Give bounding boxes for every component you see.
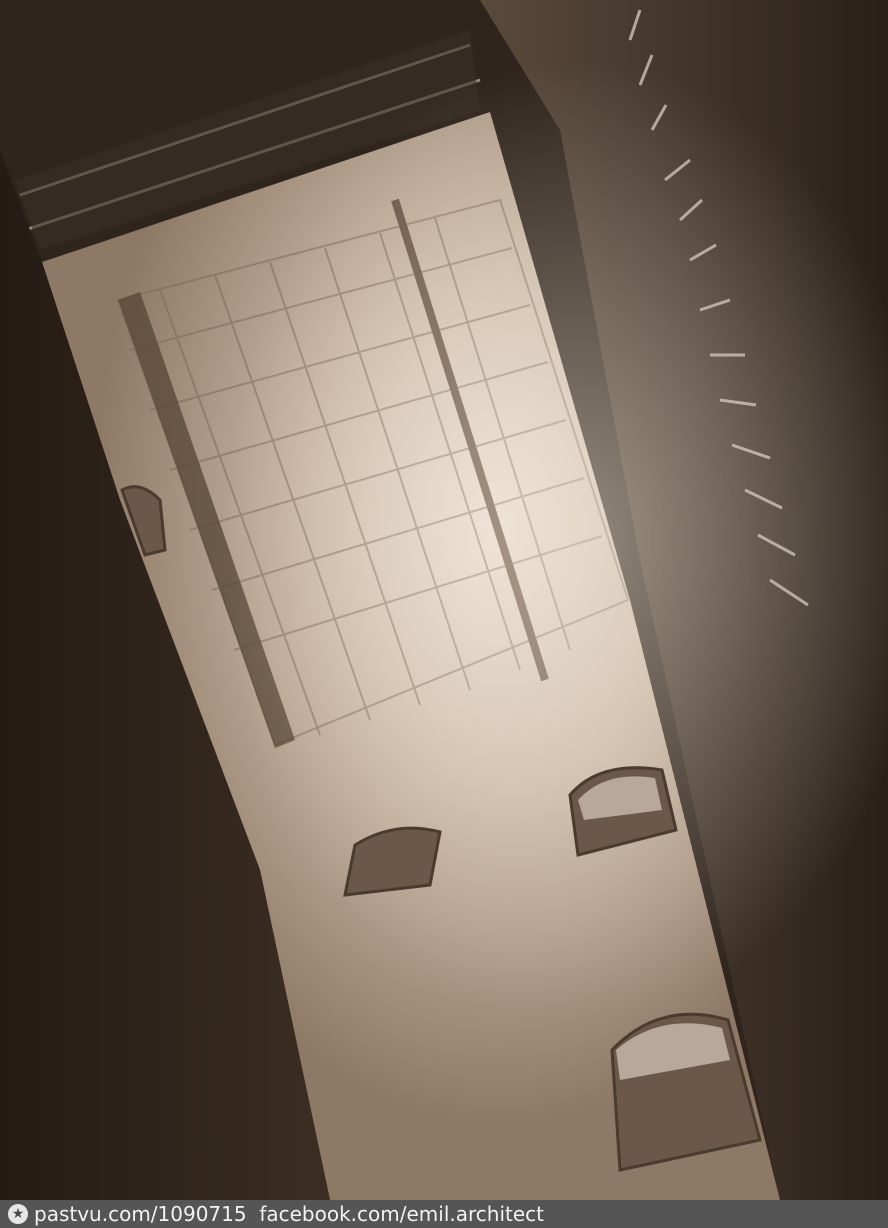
watermark-text: pastvu.com/1090715 facebook.com/emil.arc… bbox=[34, 1202, 544, 1226]
sepia-photograph bbox=[0, 0, 888, 1200]
watermark-bar: ★ pastvu.com/1090715 facebook.com/emil.a… bbox=[0, 1200, 888, 1228]
photo-frame: ★ pastvu.com/1090715 facebook.com/emil.a… bbox=[0, 0, 888, 1228]
star-circle-icon: ★ bbox=[8, 1204, 28, 1224]
